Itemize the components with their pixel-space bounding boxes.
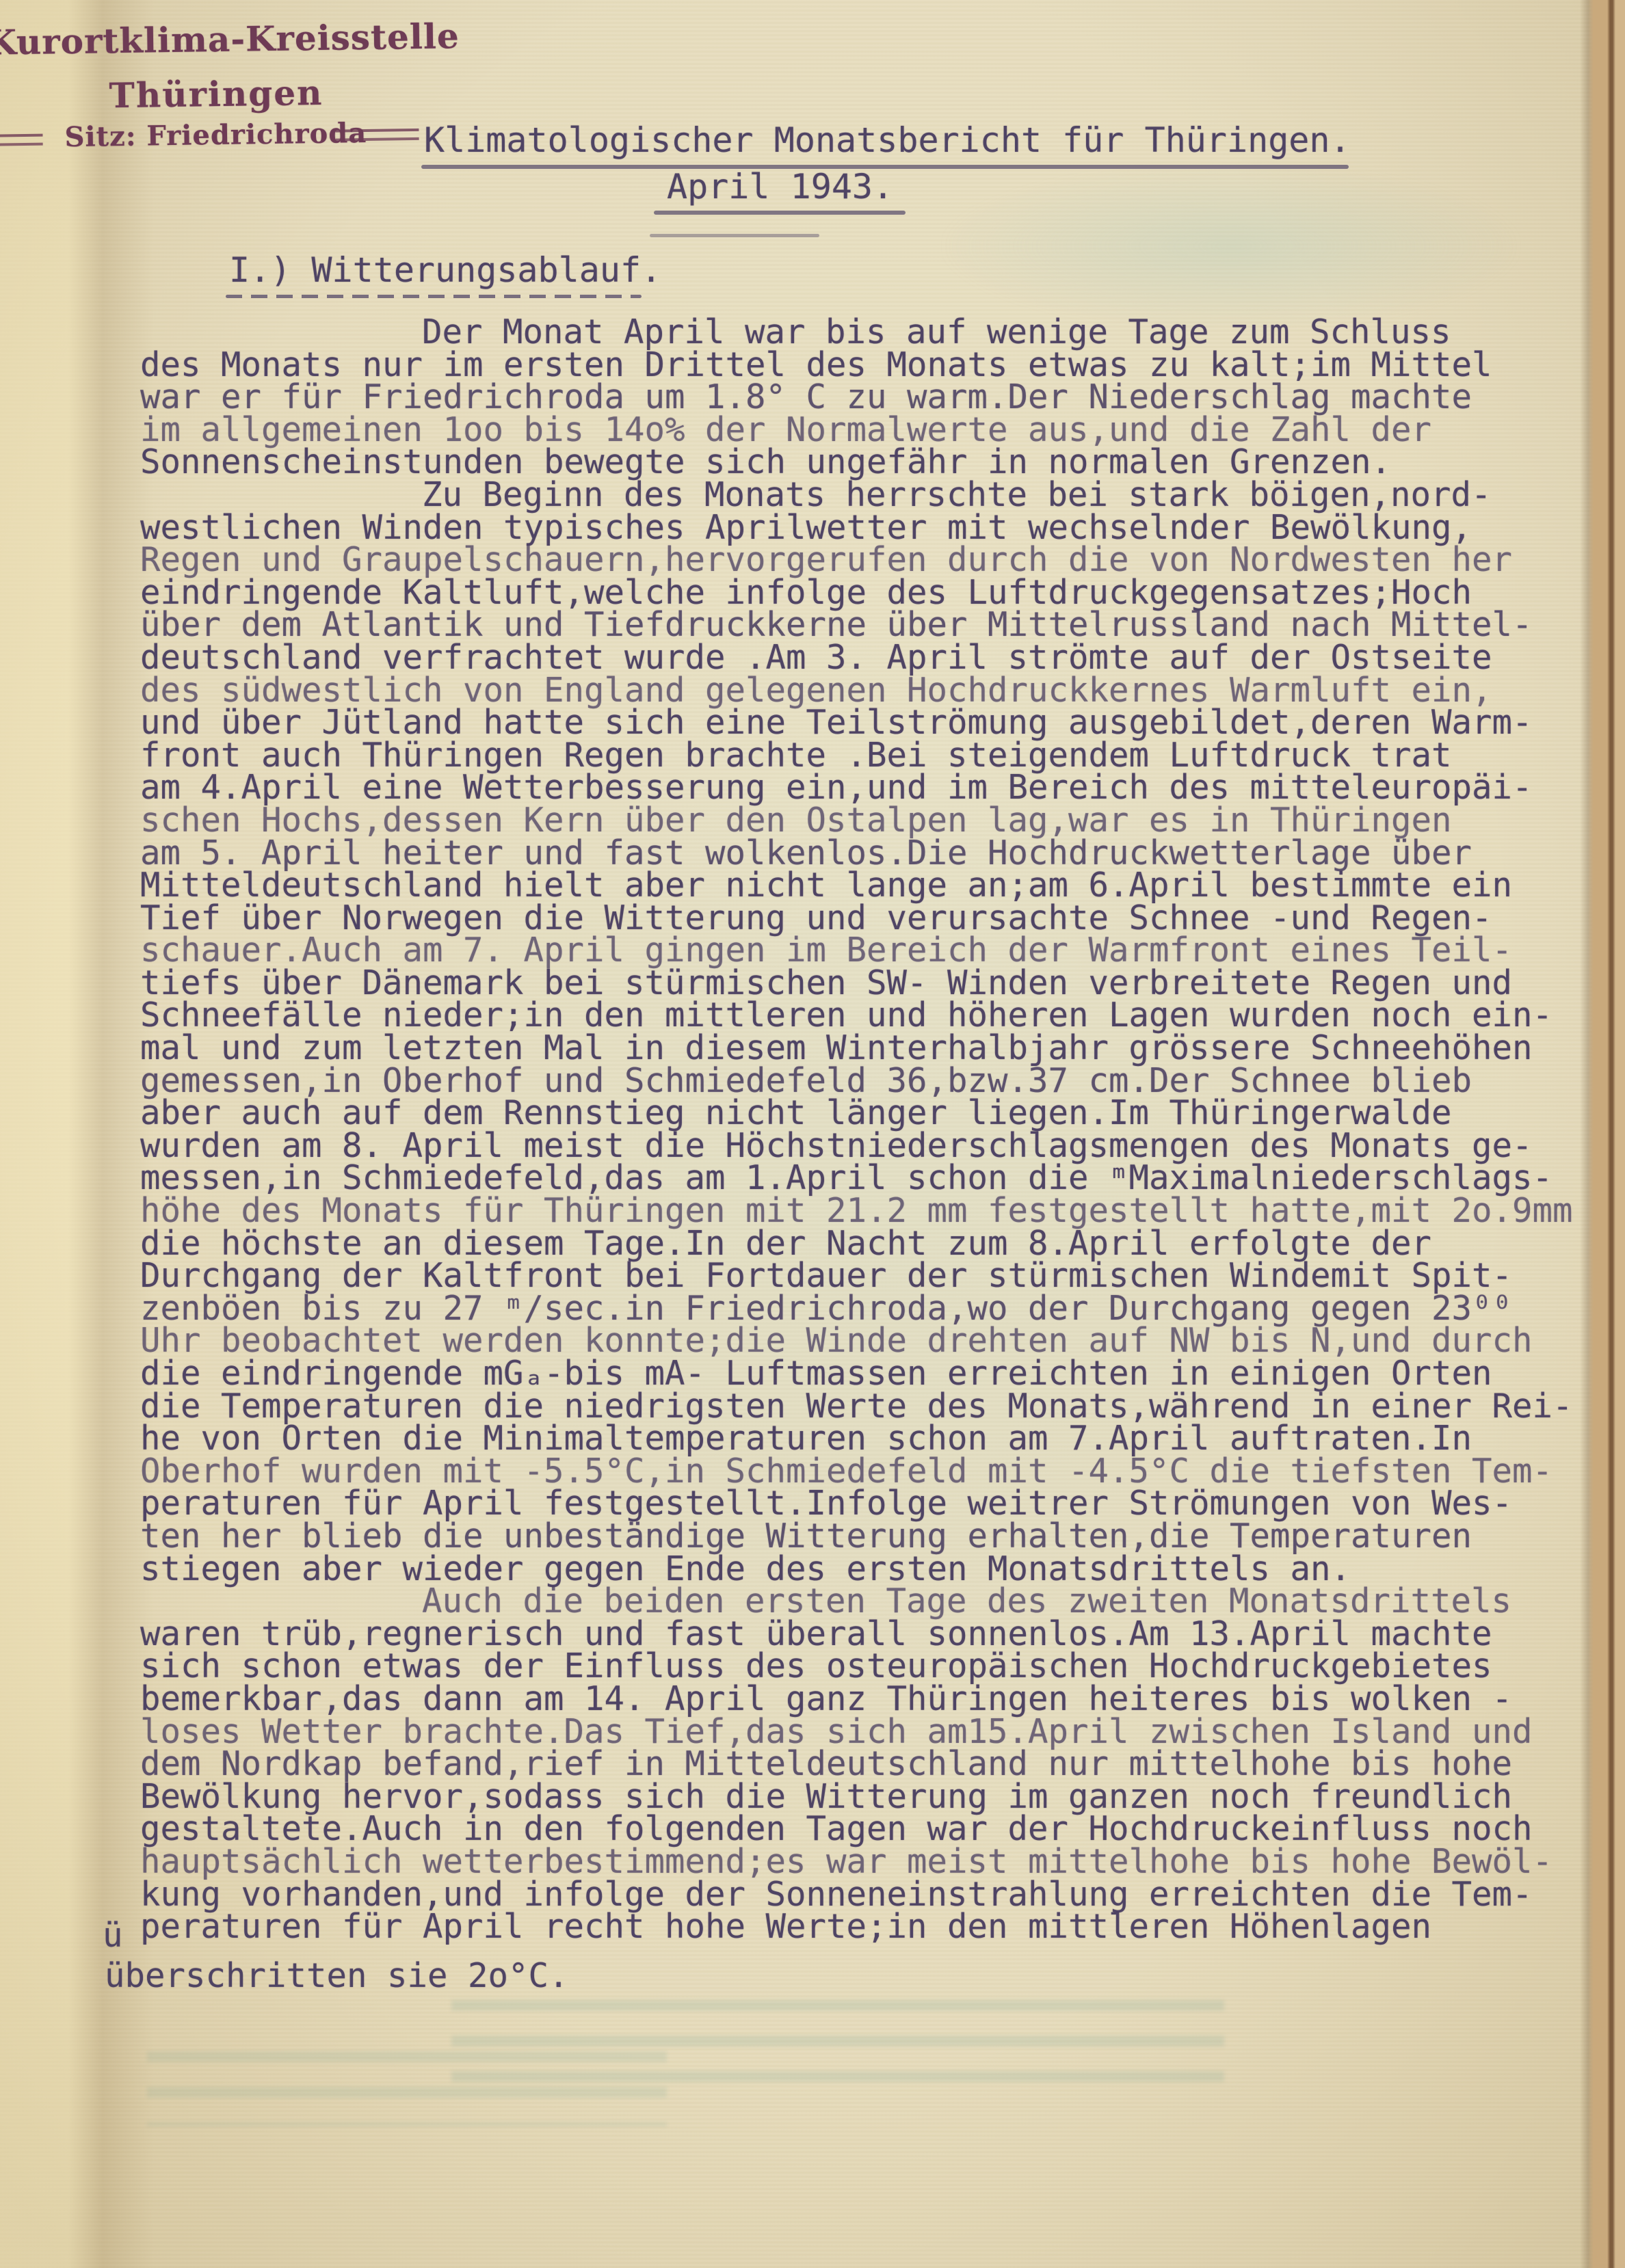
- text-line: am 4.April eine Wetterbesserung ein,und …: [140, 771, 1611, 804]
- text-line: tiefs über Dänemark bei stürmischen SW- …: [140, 967, 1611, 1000]
- text-line: die Temperaturen die niedrigsten Werte d…: [140, 1390, 1611, 1423]
- page-title: Klimatologischer Monatsbericht für Thüri…: [424, 120, 1351, 160]
- stamp-rule-right: [335, 129, 419, 142]
- text-line: überschritten sie 2o°C.: [105, 1960, 1611, 1992]
- report-date: April 1943.: [667, 167, 893, 206]
- text-line: eindringende Kaltluft,welche infolge des…: [140, 576, 1611, 609]
- text-line: aber auch auf dem Rennstieg nicht länger…: [140, 1097, 1611, 1130]
- letterhead-stamp: Kurortklima-Kreisstelle Thüringen Sitz: …: [0, 9, 451, 15]
- text-line: des südwestlich von England gelegenen Ho…: [140, 674, 1611, 707]
- text-line: höhe des Monats für Thüringen mit 21.2 m…: [140, 1195, 1611, 1227]
- text-line: front auch Thüringen Regen brachte .Bei …: [140, 739, 1611, 772]
- typed-correction-mark: ü: [103, 1916, 123, 1955]
- text-line: hauptsächlich wetterbestimmend;es war me…: [140, 1845, 1611, 1878]
- text-line: peraturen für April recht hohe Werte;in …: [140, 1910, 1611, 1943]
- page-left-shading: [0, 0, 157, 2268]
- text-line: Der Monat April war bis auf wenige Tage …: [140, 316, 1611, 349]
- bleedthrough-text-ghost: [451, 2000, 1224, 2103]
- text-line: peraturen für April festgestellt.Infolge…: [140, 1487, 1611, 1520]
- text-line: des Monats nur im ersten Drittel des Mon…: [140, 349, 1611, 382]
- bleedthrough-smudge: [944, 164, 1518, 328]
- text-line: deutschland verfrachtet wurde .Am 3. Apr…: [140, 641, 1611, 674]
- text-line: die höchste an diesem Tage.In der Nacht …: [140, 1227, 1611, 1260]
- text-line: loses Wetter brachte.Das Tief,das sich a…: [140, 1716, 1611, 1748]
- section-heading: I.) Witterungsablauf.: [229, 250, 661, 290]
- text-line: waren trüb,regnerisch und fast überall s…: [140, 1618, 1611, 1651]
- scanned-document-page: Kurortklima-Kreisstelle Thüringen Sitz: …: [0, 0, 1625, 2268]
- text-line: bemerkbar,das dann am 14. April ganz Thü…: [140, 1683, 1611, 1716]
- text-line: messen,in Schmiedefeld,das am 1.April sc…: [140, 1162, 1611, 1195]
- text-line: Tief über Norwegen die Witterung und ver…: [140, 902, 1611, 935]
- stamp-rule-left: [0, 134, 43, 146]
- text-line: kung vorhanden,und infolge der Sonnenein…: [140, 1878, 1611, 1911]
- stamp-office-name: Kurortklima-Kreisstelle: [0, 16, 460, 63]
- text-line: über dem Atlantik und Tiefdruckkerne übe…: [140, 609, 1611, 641]
- text-line: Uhr beobachtet werden konnte;die Winde d…: [140, 1324, 1611, 1357]
- text-line: Oberhof wurden mit -5.5°C,in Schmiedefel…: [140, 1455, 1611, 1488]
- text-line: wurden am 8. April meist die Höchstniede…: [140, 1130, 1611, 1162]
- section-heading-underline: [226, 295, 642, 298]
- text-line: stiegen aber wieder gegen Ende des erste…: [140, 1553, 1611, 1586]
- text-line: ten her blieb die unbeständige Witterung…: [140, 1520, 1611, 1553]
- text-line: gestaltete.Auch in den folgenden Tagen w…: [140, 1813, 1611, 1845]
- text-line: dem Nordkap befand,rief in Mitteldeutsch…: [140, 1748, 1611, 1780]
- text-line: Bewölkung hervor,sodass sich die Witteru…: [140, 1780, 1611, 1813]
- body-text: Der Monat April war bis auf wenige Tage …: [140, 316, 1611, 1992]
- text-line: sich schon etwas der Einfluss des osteur…: [140, 1650, 1611, 1683]
- text-line: und über Jütland hatte sich eine Teilstr…: [140, 706, 1611, 739]
- stamp-seat: Sitz: Friedrichroda: [64, 117, 367, 153]
- text-line: he von Orten die Minimaltemperaturen sch…: [140, 1422, 1611, 1455]
- text-line: Sonnenscheinstunden bewegte sich ungefäh…: [140, 446, 1611, 479]
- stamp-region: Thüringen: [109, 72, 323, 116]
- text-line: mal und zum letzten Mal in diesem Winter…: [140, 1032, 1611, 1065]
- text-line: am 5. April heiter und fast wolkenlos.Di…: [140, 837, 1611, 870]
- text-line: schauer.Auch am 7. April gingen im Berei…: [140, 934, 1611, 967]
- text-line: war er für Friedrichroda um 1.8° C zu wa…: [140, 381, 1611, 414]
- date-underline: [654, 211, 906, 215]
- text-line: zenböen bis zu 27 ᵐ/sec.in Friedrichroda…: [140, 1292, 1611, 1325]
- text-line: Auch die beiden ersten Tage des zweiten …: [140, 1585, 1611, 1618]
- text-line: Durchgang der Kaltfront bei Fortdauer de…: [140, 1259, 1611, 1292]
- bleedthrough-text-ghost: [147, 2051, 667, 2126]
- text-line: Schneefälle nieder;in den mittleren und …: [140, 999, 1611, 1032]
- text-line: westlichen Winden typisches Aprilwetter …: [140, 511, 1611, 544]
- text-line: im allgemeinen 1oo bis 14o% der Normalwe…: [140, 414, 1611, 446]
- text-line: Regen und Graupelschauern,hervorgerufen …: [140, 544, 1611, 576]
- date-underline-second: [650, 234, 819, 237]
- text-line: Zu Beginn des Monats herrschte bei stark…: [140, 479, 1611, 511]
- text-line: schen Hochs,dessen Kern über den Ostalpe…: [140, 804, 1611, 837]
- text-line: die eindringende mGₐ-bis mA- Luftmassen …: [140, 1357, 1611, 1390]
- text-line: gemessen,in Oberhof und Schmiedefeld 36,…: [140, 1065, 1611, 1097]
- text-line: Mitteldeutschland hielt aber nicht lange…: [140, 869, 1611, 902]
